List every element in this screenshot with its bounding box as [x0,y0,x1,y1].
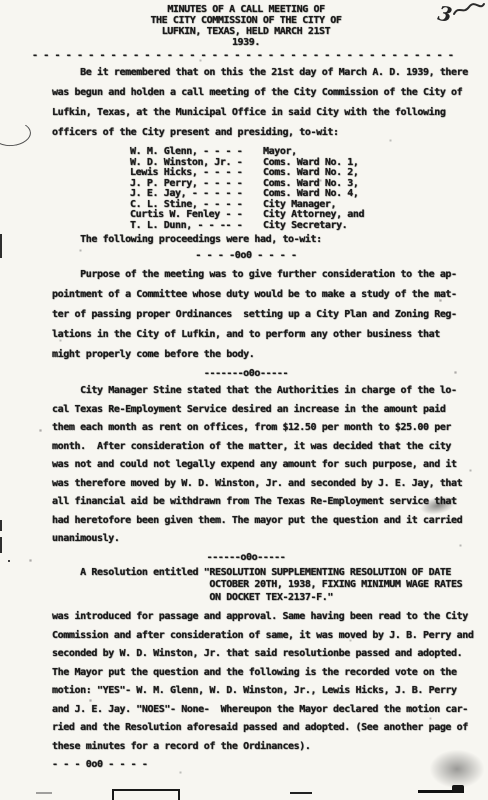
officer-name: J. E. Jay, - - - - - [130,189,263,200]
officer-row: T. L. Dunn, - - -- -City Secretary. [130,221,470,232]
dashed-rule: - - - - - - - - - - - - - - - - - - - - … [32,49,470,62]
scan-edge-artifact [452,785,464,793]
officer-name: W. M. Glenn, - - - - [130,147,263,158]
document-title: MINUTES OF A CALL MEETING OF THE CITY CO… [52,4,440,48]
scan-edge-artifact [112,789,180,800]
paragraph-reemployment-rent: City Manager Stine stated that the Autho… [52,382,470,549]
scanned-minutes-page: 3 MINUTES OF A CALL MEETING OF THE CITY … [0,0,488,800]
margin-dot-mark [8,560,10,562]
scan-noise-speckles [0,0,1,1]
officer-name: T. L. Dunn, - - -- - [130,221,263,232]
margin-tick-mark [0,234,2,258]
section-separator: -------o0o----- [52,367,440,380]
officer-title: Coms. Ward No. 4, [263,188,359,199]
punch-hole-mark [0,120,32,148]
ink-smudge [430,750,484,788]
paragraph-purpose: Purpose of the meeting was to give furth… [52,265,470,365]
officer-name: Curtis W. Fenley - - [130,210,263,221]
officer-name: Lewis Hicks, - - - - [130,168,263,179]
scan-edge-artifact [290,792,312,794]
paragraph-resolution-vote: was introduced for passage and approval.… [52,608,470,775]
proceedings-line: The following proceedings were had, to-w… [52,233,470,246]
officer-title: City Attorney, and [263,209,364,220]
officers-list: W. M. Glenn, - - - -Mayor, W. D. Winston… [130,147,470,231]
officer-title: Coms. Ward No. 1, [263,157,359,168]
handwritten-scribble-icon [452,2,486,18]
section-separator: - - - -0o0 - - - - [52,249,440,262]
officer-title: Coms. Ward No. 2, [263,167,359,178]
officer-title: City Manager, [263,199,336,210]
margin-tick-mark [0,520,2,531]
officer-title: Mayor, [263,146,297,157]
paragraph-opening-recital: Be it remembered that on this the 21st d… [52,63,470,143]
scan-edge-artifact [36,792,52,794]
officer-title: Coms. Ward No. 3, [263,178,359,189]
resolution-title-block: A Resolution entitled "RESOLUTION SUPPLE… [52,567,470,605]
margin-tick-mark [0,537,2,553]
officer-title: City Secretary. [263,220,347,231]
section-separator: ------o0o----- [52,551,440,564]
